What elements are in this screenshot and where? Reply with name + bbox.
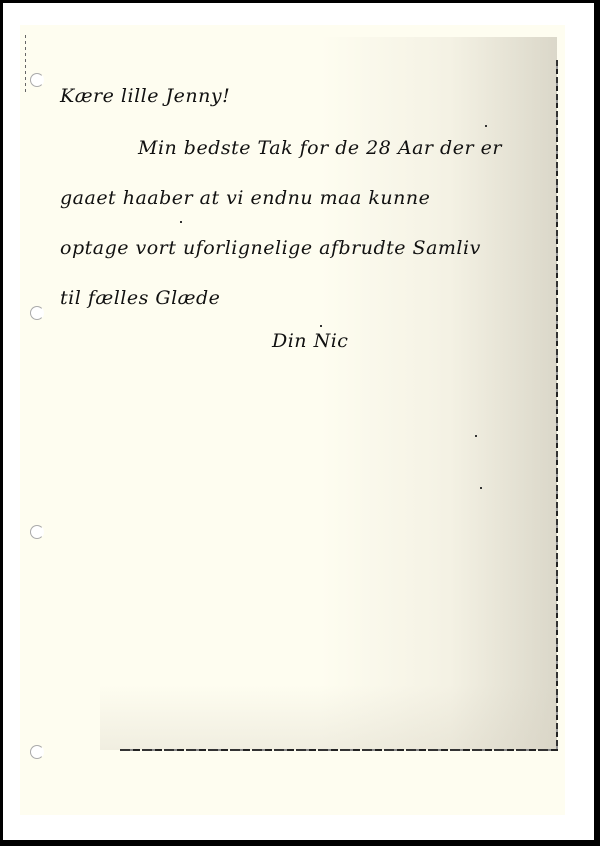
- body-line: Min bedste Tak for de 28 Aar der er: [138, 137, 502, 159]
- letter-content: Kære lille Jenny! Min bedste Tak for de …: [20, 25, 565, 815]
- salutation: Kære lille Jenny!: [60, 85, 230, 107]
- body-line: gaaet haaber at vi endnu maa kunne: [60, 187, 430, 209]
- body-line: til fælles Glæde: [60, 287, 220, 309]
- letter-page: Kære lille Jenny! Min bedste Tak for de …: [20, 25, 565, 815]
- body-line: optage vort uforlignelige afbrudte Samli…: [60, 237, 481, 259]
- signature: Din Nic: [272, 330, 348, 352]
